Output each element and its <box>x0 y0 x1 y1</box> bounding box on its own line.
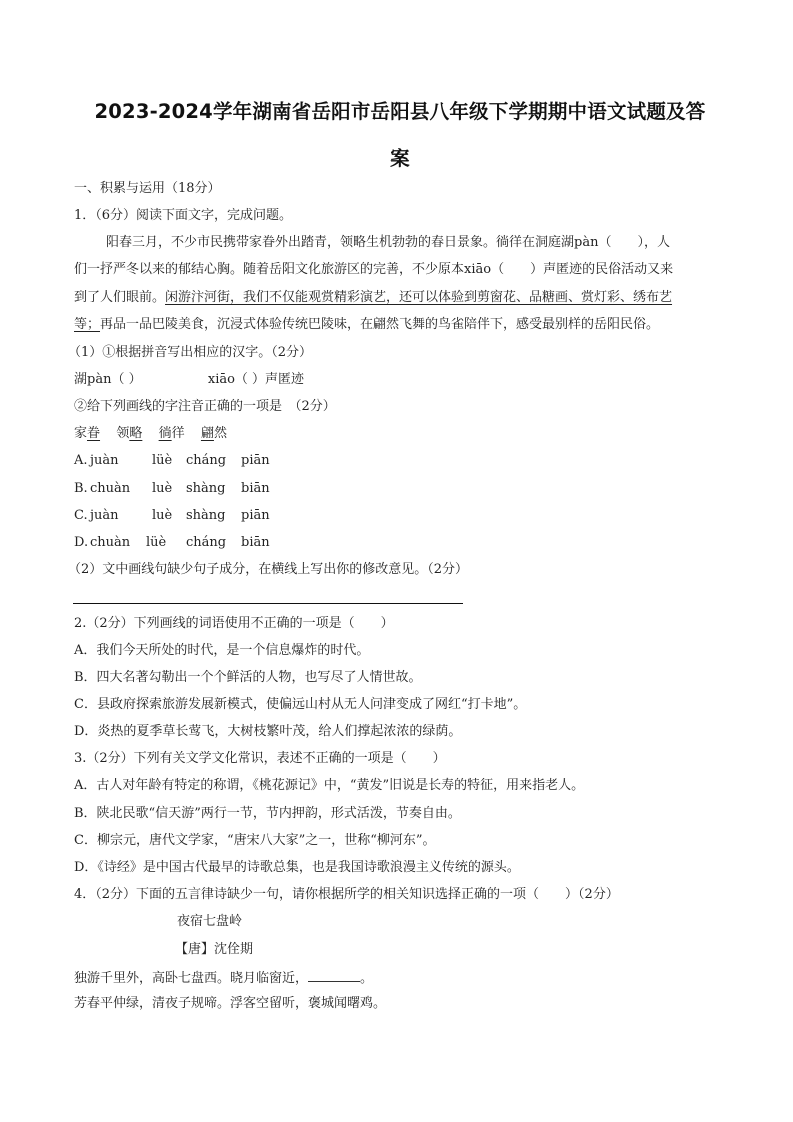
q1-sub1-items: 湖pàn（ ） xiāo（ ）声匿迹 <box>74 372 304 388</box>
option-row-c: C.juànluèshàngpiān <box>74 508 270 524</box>
passage-underlined-end: 等； <box>74 317 100 332</box>
word-4: 翩然 <box>201 426 227 441</box>
q3-option-d: D．《诗经》是中国古代最早的诗歌总集，也是我国诗歌浪漫主义传统的源头。 <box>74 860 520 876</box>
q2-option-c: C．县政府探索旅游发展新模式，使偏远山村从无人问津变成了网红“打卡地”。 <box>74 697 526 713</box>
underlined-words: 家眷 领略 徜徉 翩然 <box>74 426 227 442</box>
q3-option-c: C．柳宗元，唐代文学家，“唐宋八大家”之一，世称“柳河东”。 <box>74 833 436 849</box>
poem-title: 夜宿七盘岭 <box>177 914 242 930</box>
word-2: 领略 <box>116 426 142 441</box>
pinyin-item-pan: 湖pàn（ ） <box>74 372 142 387</box>
document-title-line1: 2023-2024学年湖南省岳阳市岳阳县八年级下学期期中语文试题及答 <box>70 96 730 124</box>
poem-line-2: 芳春平仲绿，清夜子规啼。浮客空留听，褒城闻曙鸡。 <box>74 996 386 1012</box>
passage-line-4: 等；再品一品巴陵美食，沉浸式体验传统巴陵味，在翩然飞舞的鸟雀陪伴下，感受最别样的… <box>74 317 659 333</box>
option-row-d: D.chuànlüèchángbiān <box>74 535 270 551</box>
passage-line-3-plain: 到了人们眼前。 <box>74 290 165 305</box>
question-4-stem: 4．（2分）下面的五言律诗缺少一句，请你根据所学的相关知识选择正确的一项（ ）（… <box>74 887 619 903</box>
pinyin-item-xiao: xiāo（ ）声匿迹 <box>208 372 304 387</box>
q1-sub1-part2: ②给下列画线的字注音正确的一项是 （2分） <box>74 399 336 415</box>
q2-option-d: D．炎热的夏季草长莺飞，大树枝繁叶茂，给人们撑起浓浓的绿荫。 <box>74 724 461 740</box>
q3-option-a: A．古人对年龄有特定的称谓，《桃花源记》中，“黄发”旧说是长寿的特征，用来指老人… <box>74 778 584 794</box>
question-2-stem: 2.（2分）下列画线的词语使用不正确的一项是（ ） <box>74 616 394 632</box>
q3-option-b: B．陕北民歌“信天游”两行一节，节内押韵，形式活泼，节奏自由。 <box>74 806 461 822</box>
passage-line-2: 们一抒严冬以来的郁结心胸。随着岳阳文化旅游区的完善，不少原本xiāo（ ）声匿迹… <box>74 262 673 278</box>
q2-option-a: A．我们今天所处的时代，是一个信息爆炸的时代。 <box>74 643 369 659</box>
poem-author: 【唐】沈佺期 <box>175 942 253 958</box>
word-3: 徜徉 <box>159 426 185 441</box>
document-title-line2: 案 <box>70 143 730 171</box>
q1-sub1-heading: （1）①根据拼音写出相应的汉字。（2分） <box>68 345 312 361</box>
option-row-a: A.juànlüèchángpiān <box>74 453 270 469</box>
passage-line-4-plain: 再品一品巴陵美食，沉浸式体验传统巴陵味，在翩然飞舞的鸟雀陪伴下，感受最别样的岳阳… <box>100 317 659 332</box>
passage-underlined-sentence: 闲游汴河街，我们不仅能观赏精彩演艺，还可以体验到剪窗花、品糖画、赏灯彩、绣布艺 <box>165 290 672 305</box>
option-row-b: B.chuànluèshàngbiān <box>74 481 270 497</box>
answer-blank-line[interactable] <box>73 603 463 604</box>
q2-option-b: B．四大名著勾勒出一个个鲜活的人物，也写尽了人情世故。 <box>74 670 422 686</box>
question-3-stem: 3.（2分）下列有关文学文化常识，表述不正确的一项是（ ） <box>74 751 446 767</box>
poem-missing-line-blank[interactable] <box>308 969 360 982</box>
poem-line-1: 独游千里外，高卧七盘西。晓月临窗近，。 <box>74 969 373 987</box>
passage-line-3: 到了人们眼前。闲游汴河街，我们不仅能观赏精彩演艺，还可以体验到剪窗花、品糖画、赏… <box>74 290 672 306</box>
question-1-stem: 1．（6分）阅读下面文字，完成问题。 <box>74 208 292 224</box>
passage-line-1: 阳春三月，不少市民携带家眷外出踏青，领略生机勃勃的春日景象。徜徉在洞庭湖pàn（… <box>106 235 670 251</box>
word-1: 家眷 <box>74 426 100 441</box>
q1-sub2: （2）文中画线句缺少句子成分，在横线上写出你的修改意见。（2分） <box>68 562 468 578</box>
section-heading: 一、积累与运用（18分） <box>74 181 221 197</box>
document-page: 2023-2024学年湖南省岳阳市岳阳县八年级下学期期中语文试题及答 案 一、积… <box>0 0 793 1122</box>
